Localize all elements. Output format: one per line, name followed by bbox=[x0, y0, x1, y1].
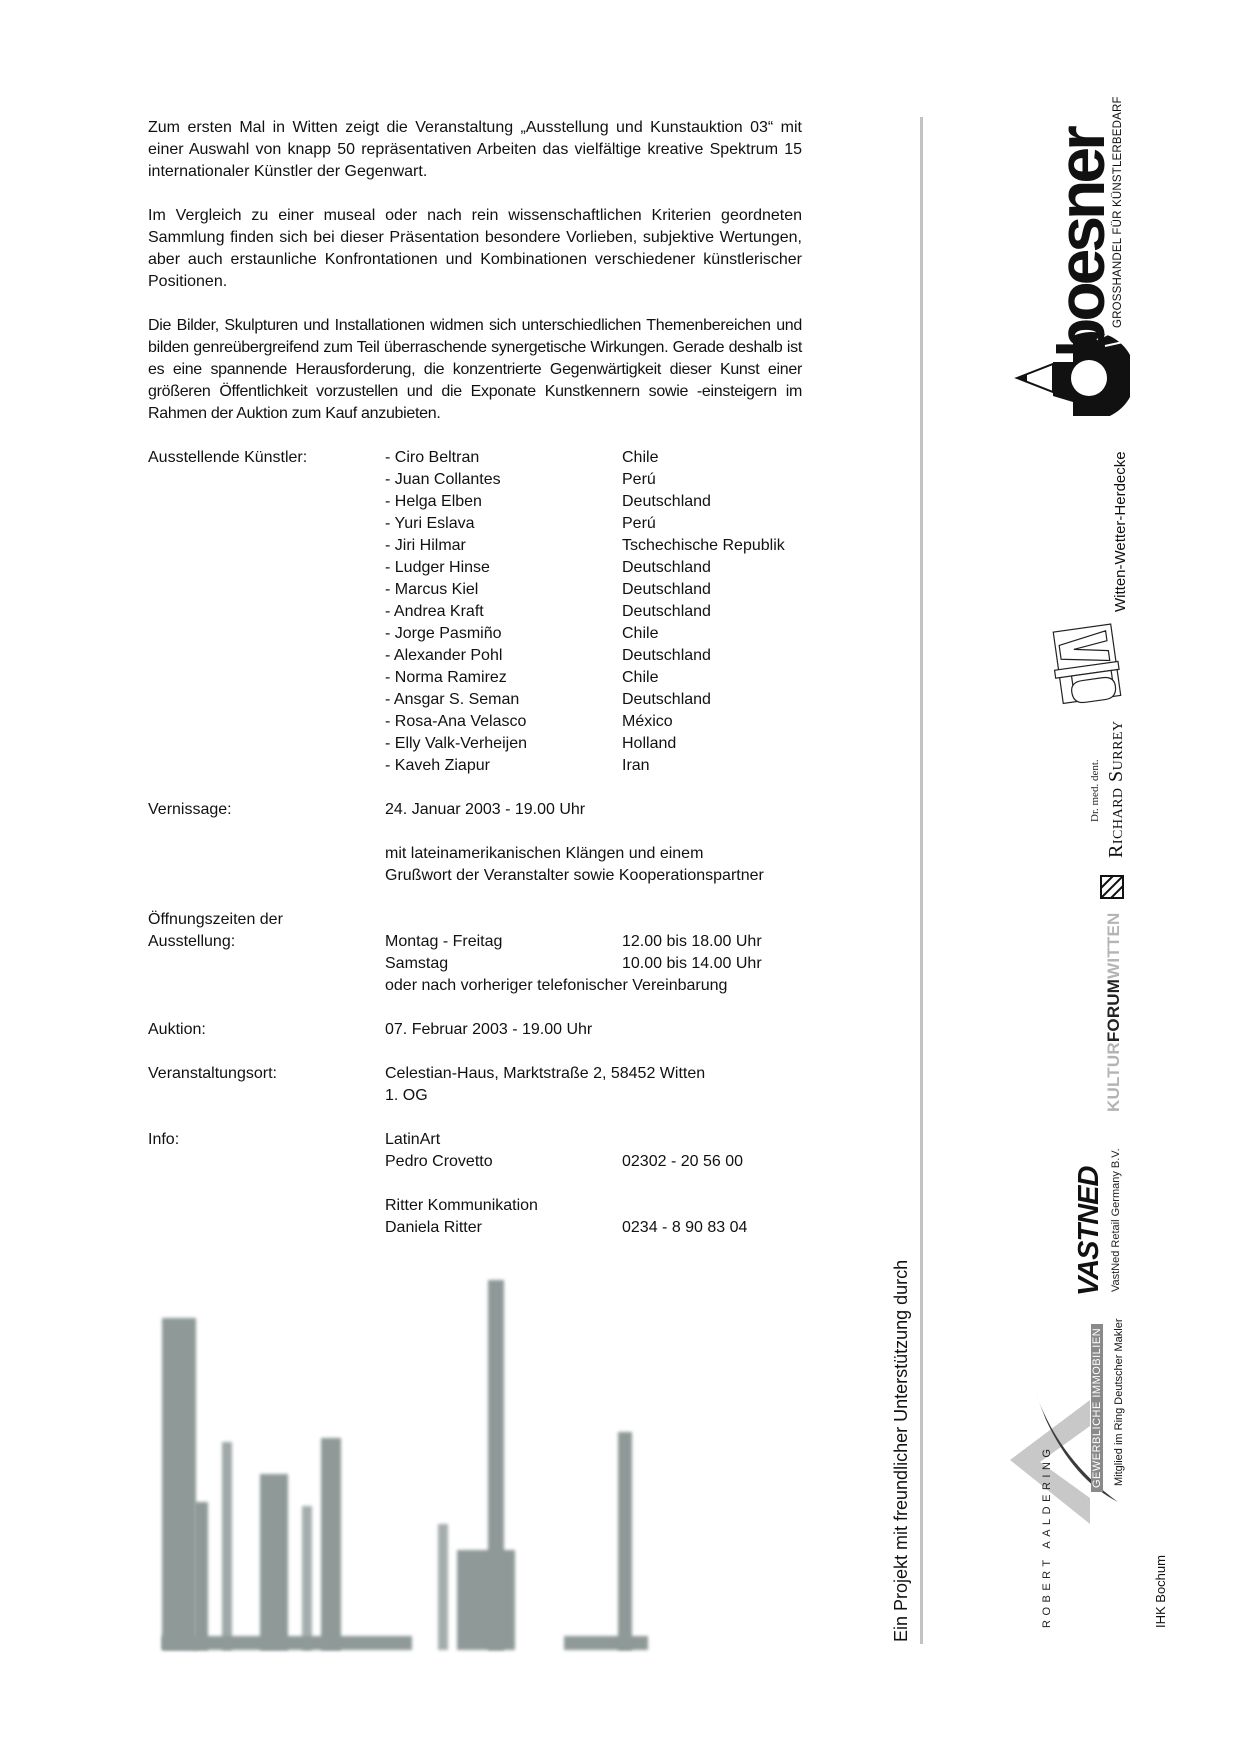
vastned-tagline: VastNed Retail Germany B.V. bbox=[1110, 1148, 1122, 1292]
artist-name: - Ansgar S. Seman bbox=[385, 689, 622, 711]
venue-floor: 1. OG bbox=[385, 1085, 705, 1107]
artist-name: - Ciro Beltran bbox=[385, 447, 622, 469]
contact-phone: 02302 - 20 56 00 bbox=[622, 1151, 743, 1173]
artist-name: - Jiri Hilmar bbox=[385, 535, 622, 557]
artist-country: Deutschland bbox=[622, 645, 711, 667]
auction-label: Auktion: bbox=[148, 1019, 385, 1041]
contact-person: Daniela Ritter bbox=[385, 1217, 622, 1239]
contact-phone: 0234 - 8 90 83 04 bbox=[622, 1217, 747, 1239]
info-label: Info: bbox=[148, 1129, 385, 1239]
venue-label: Veranstaltungsort: bbox=[148, 1063, 385, 1107]
vernissage-note-2: Grußwort der Veranstalter sowie Kooperat… bbox=[385, 865, 764, 887]
artist-row: - Ansgar S. SemanDeutschland bbox=[385, 689, 785, 711]
artist-country: Iran bbox=[622, 755, 650, 777]
intro-paragraph-2: Im Vergleich zu einer museal oder nach r… bbox=[148, 205, 802, 293]
artist-row: - Ludger HinseDeutschland bbox=[385, 557, 785, 579]
vastned-wordmark: VASTNED bbox=[1073, 1167, 1106, 1296]
artist-name: - Norma Ramirez bbox=[385, 667, 622, 689]
support-caption: Ein Projekt mit freundlicher Unterstützu… bbox=[891, 1260, 912, 1642]
hours-day: Samstag bbox=[385, 953, 622, 975]
contact-org: Ritter Kommunikation bbox=[385, 1195, 747, 1217]
artist-row: - Rosa-Ana VelascoMéxico bbox=[385, 711, 785, 733]
kulturforum-wordmark: KULTURFORUMWITTEN bbox=[1104, 912, 1124, 1112]
auction-date: 07. Februar 2003 - 19.00 Uhr bbox=[385, 1019, 592, 1041]
artist-country: Holland bbox=[622, 733, 676, 755]
hours-day: Montag - Freitag bbox=[385, 931, 622, 953]
intro-paragraph-3: Die Bilder, Skulpturen und Installatione… bbox=[148, 315, 802, 425]
artist-country: Perú bbox=[622, 513, 656, 535]
artist-row: - Andrea KraftDeutschland bbox=[385, 601, 785, 623]
artist-name: - Yuri Eslava bbox=[385, 513, 622, 535]
artists-label: Ausstellende Künstler: bbox=[148, 447, 385, 777]
artist-row: - Helga ElbenDeutschland bbox=[385, 491, 785, 513]
auction-row: Auktion: 07. Februar 2003 - 19.00 Uhr bbox=[148, 1019, 802, 1041]
artist-country: Deutschland bbox=[622, 689, 711, 711]
artists-section: Ausstellende Künstler: - Ciro BeltranChi… bbox=[148, 447, 802, 777]
venue-address: Celestian-Haus, Marktstraße 2, 58452 Wit… bbox=[385, 1063, 705, 1085]
artist-name: - Elly Valk-Verheijen bbox=[385, 733, 622, 755]
sidebar-divider bbox=[920, 117, 923, 1644]
artist-row: - Elly Valk-VerheijenHolland bbox=[385, 733, 785, 755]
artist-row: - Marcus KielDeutschland bbox=[385, 579, 785, 601]
intro-paragraph-1: Zum ersten Mal in Witten zeigt die Veran… bbox=[148, 117, 802, 183]
artist-name: - Andrea Kraft bbox=[385, 601, 622, 623]
contact-person: Pedro Crovetto bbox=[385, 1151, 622, 1173]
venue-row: Veranstaltungsort: Celestian-Haus, Markt… bbox=[148, 1063, 802, 1107]
opening-hours-section: Öffnungszeiten der Ausstellung: Montag -… bbox=[148, 909, 802, 997]
vhs-logo-icon bbox=[1040, 614, 1130, 714]
ihk-bochum-label: IHK Bochum bbox=[1153, 1555, 1168, 1628]
opening-hours-label-1: Öffnungszeiten der bbox=[148, 909, 802, 931]
artist-country: Deutschland bbox=[622, 579, 711, 601]
vernissage-note-1: mit lateinamerikanischen Klängen und ein… bbox=[385, 843, 764, 865]
boesner-tagline: GROSSHANDEL FÜR KÜNSTLERBEDARF bbox=[1112, 96, 1124, 328]
artist-row: - Kaveh ZiapurIran bbox=[385, 755, 785, 777]
hours-time: 12.00 bis 18.00 Uhr bbox=[622, 931, 762, 953]
artist-row: - Alexander PohlDeutschland bbox=[385, 645, 785, 667]
artist-name: - Juan Collantes bbox=[385, 469, 622, 491]
artist-name: - Marcus Kiel bbox=[385, 579, 622, 601]
artist-name: - Jorge Pasmiño bbox=[385, 623, 622, 645]
artist-country: Tschechische Republik bbox=[622, 535, 785, 557]
artist-country: Chile bbox=[622, 447, 658, 469]
artist-country: Chile bbox=[622, 667, 658, 689]
vernissage-row: Vernissage: 24. Januar 2003 - 19.00 Uhr … bbox=[148, 799, 802, 887]
main-content: Zum ersten Mal in Witten zeigt die Veran… bbox=[148, 117, 802, 1239]
hours-time: 10.00 bis 14.00 Uhr bbox=[622, 953, 762, 975]
artist-country: Deutschland bbox=[622, 491, 711, 513]
artist-name: - Kaveh Ziapur bbox=[385, 755, 622, 777]
artist-row: - Norma RamirezChile bbox=[385, 667, 785, 689]
artist-country: México bbox=[622, 711, 673, 733]
artist-name: - Alexander Pohl bbox=[385, 645, 622, 667]
opening-hours-label-2: Ausstellung: bbox=[148, 931, 385, 997]
aaldering-tagline: Mitglied im Ring Deutscher Makler bbox=[1113, 1319, 1125, 1487]
artist-name: - Rosa-Ana Velasco bbox=[385, 711, 622, 733]
kulturforum-logo-icon bbox=[1100, 875, 1124, 899]
vernissage-label: Vernissage: bbox=[148, 799, 385, 887]
artist-name: - Helga Elben bbox=[385, 491, 622, 513]
artist-row: - Ciro BeltranChile bbox=[385, 447, 785, 469]
hours-note: oder nach vorheriger telefonischer Verei… bbox=[385, 975, 762, 997]
surrey-name: RICHARD SURREY bbox=[1105, 720, 1128, 858]
artist-country: Deutschland bbox=[622, 557, 711, 579]
contact-org: LatinArt bbox=[385, 1129, 747, 1151]
aaldering-name: ROBERT AALDERING bbox=[1041, 1445, 1053, 1628]
artists-list: - Ciro BeltranChile- Juan CollantesPerú-… bbox=[385, 447, 785, 777]
artist-row: - Juan CollantesPerú bbox=[385, 469, 785, 491]
artist-country: Perú bbox=[622, 469, 656, 491]
artist-row: - Jiri HilmarTschechische Republik bbox=[385, 535, 785, 557]
artist-name: - Ludger Hinse bbox=[385, 557, 622, 579]
boesner-wordmark: boesner bbox=[1048, 129, 1114, 358]
vhs-tagline: Witten-Wetter-Herdecke bbox=[1112, 451, 1129, 612]
surrey-title: Dr. med. dent. bbox=[1089, 759, 1101, 822]
info-row: Info: LatinArt Pedro Crovetto 02302 - 20… bbox=[148, 1129, 802, 1239]
vernissage-date: 24. Januar 2003 - 19.00 Uhr bbox=[385, 799, 764, 821]
artist-row: - Yuri EslavaPerú bbox=[385, 513, 785, 535]
aaldering-box-label: GEWERBLICHE IMMOBILIEN bbox=[1091, 1324, 1103, 1492]
artist-country: Chile bbox=[622, 623, 658, 645]
artist-row: - Jorge PasmiñoChile bbox=[385, 623, 785, 645]
artist-country: Deutschland bbox=[622, 601, 711, 623]
decorative-skyline-graphic bbox=[148, 1262, 808, 1650]
